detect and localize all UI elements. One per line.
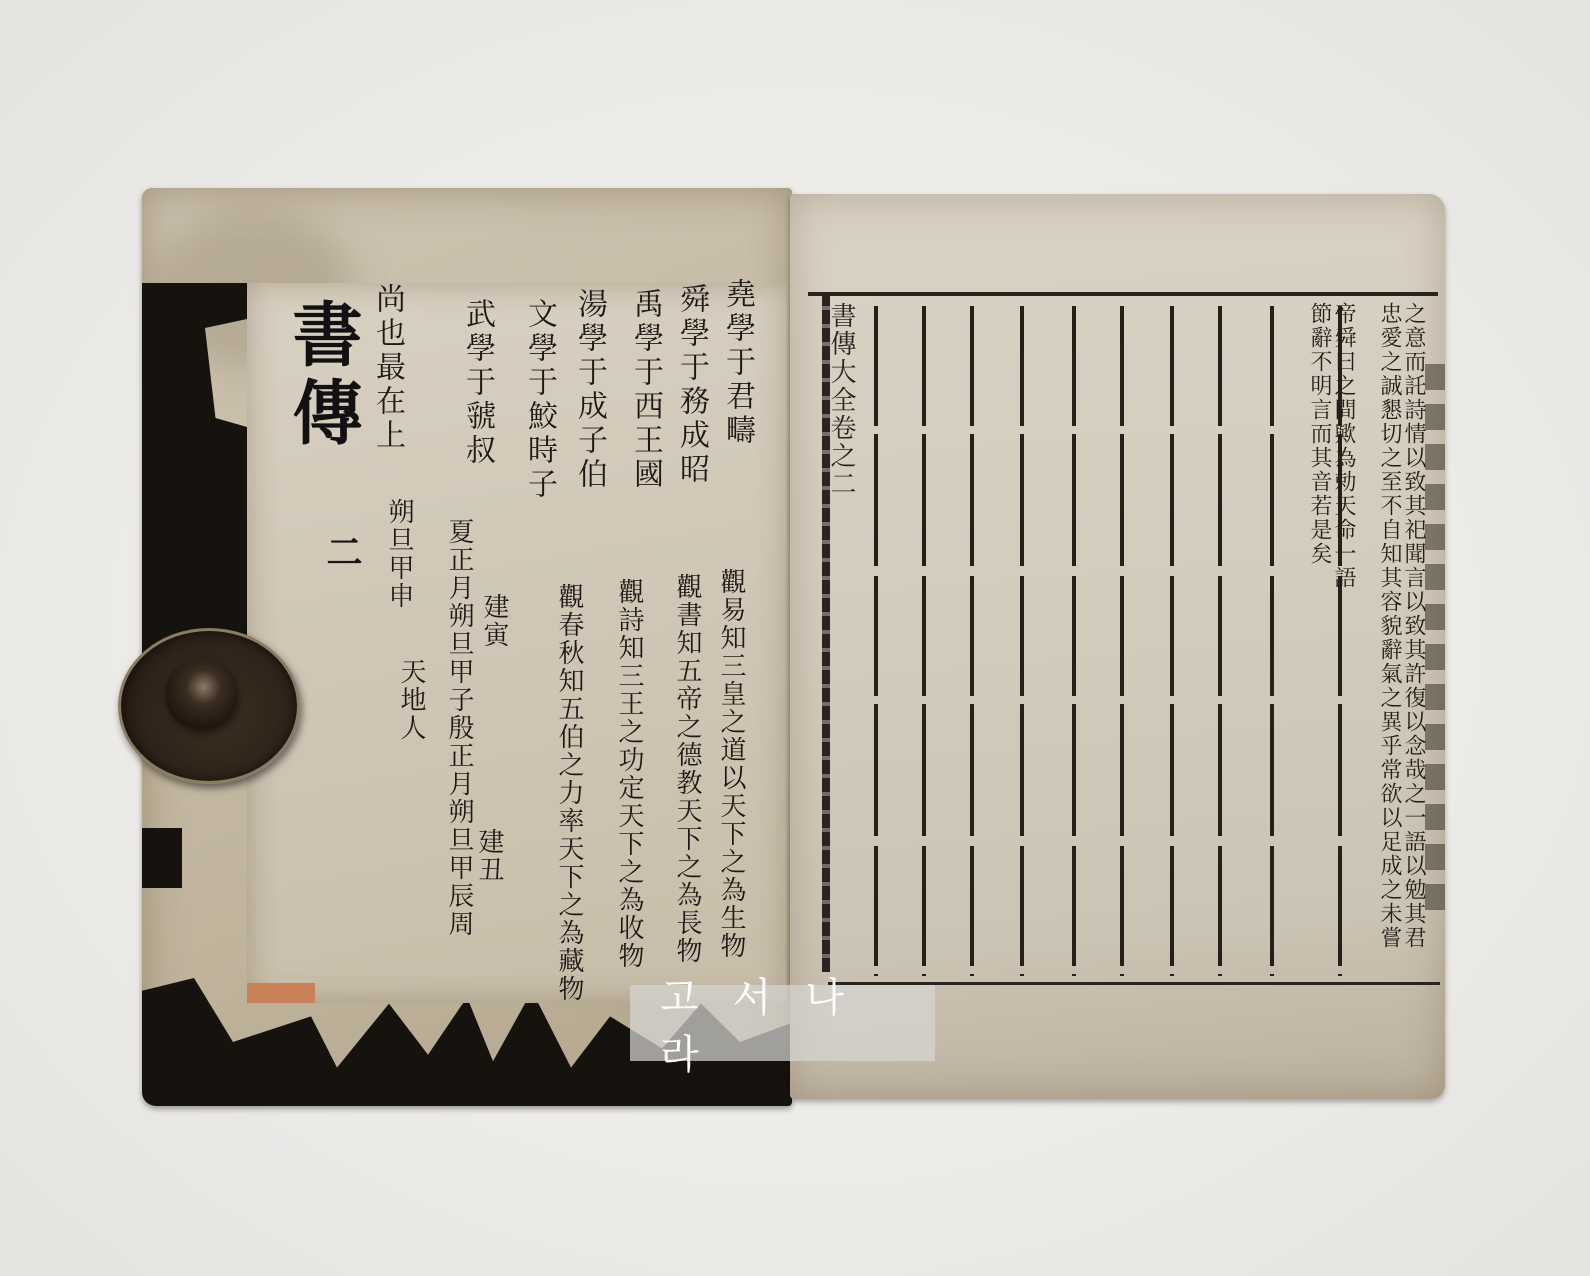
printed-text-column: 節辭不明言而其音若是矣 bbox=[1308, 302, 1330, 566]
brass-weight bbox=[118, 628, 300, 784]
ruled-column-line bbox=[1020, 306, 1024, 976]
ruled-column-line bbox=[1120, 306, 1124, 976]
weight-knob bbox=[165, 659, 235, 729]
ruled-column-line bbox=[874, 306, 878, 976]
view-column: 觀易知三皇之道以天下之為生物 bbox=[714, 568, 748, 960]
view-column: 觀書知五帝之德教天下之為長物 bbox=[670, 573, 704, 965]
ruled-column-line bbox=[1218, 306, 1222, 976]
calendar-column: 建丑 bbox=[472, 828, 506, 884]
ruled-column-line bbox=[1270, 306, 1274, 976]
printed-text-column: 帝舜曰之間歟為勅天命一語 bbox=[1332, 302, 1354, 590]
study-column: 文學于鮫時子 bbox=[522, 298, 556, 502]
study-column: 湯學于成子伯 bbox=[572, 288, 606, 492]
study-column: 舜學于務成昭 bbox=[674, 283, 708, 487]
right-page-printed: 書傳大全卷之二 之意而託詩情以致其祀聞言以致其許復以念哉之一語以勉其君 忠愛之誠… bbox=[790, 194, 1445, 1099]
ruled-column-line bbox=[1072, 306, 1076, 976]
study-column: 武學于虢叔 bbox=[460, 298, 494, 468]
printed-text-column: 之意而託詩情以致其祀聞言以致其許復以念哉之一語以勉其君 bbox=[1402, 302, 1424, 950]
watermark: 고서나라 bbox=[630, 985, 935, 1061]
note-top: 尚也最在上 bbox=[370, 283, 404, 453]
study-column: 禹學于西王國 bbox=[628, 288, 662, 492]
calendar-column: 天地人 bbox=[394, 658, 428, 742]
ruled-column-line bbox=[922, 306, 926, 976]
view-column: 觀春秋知五伯之力率天下之為藏物 bbox=[552, 583, 586, 1003]
printed-text-column: 忠愛之誠懇切之至不自知其容貌辭氣之異乎常欲以足成之未嘗 bbox=[1378, 302, 1400, 950]
next-page-edge bbox=[1425, 364, 1445, 914]
cover-title: 書傳 bbox=[292, 298, 362, 454]
orange-paper-scrap bbox=[247, 983, 315, 1003]
calendar-column: 朔旦甲申 bbox=[382, 498, 416, 610]
photo-scene: 書傳 二 尚也最在上 堯學于君疇 舜學于務成昭 禹學于西王國 湯學于成子伯 文學… bbox=[0, 0, 1590, 1276]
torn-cover-band bbox=[142, 828, 182, 888]
frame-border-top bbox=[808, 292, 1438, 296]
calendar-column: 夏正月朔旦甲子殷正月朔旦甲辰周 bbox=[442, 518, 476, 938]
printed-volume-title: 書傳大全卷之二 bbox=[826, 302, 856, 498]
volume-mark: 二 bbox=[317, 533, 368, 569]
calendar-column: 建寅 bbox=[477, 593, 511, 649]
view-column: 觀詩知三王之功定天下之為收物 bbox=[612, 578, 646, 970]
ruled-column-line bbox=[970, 306, 974, 976]
study-column: 堯學于君疇 bbox=[720, 278, 754, 448]
ruled-column-line bbox=[1170, 306, 1174, 976]
